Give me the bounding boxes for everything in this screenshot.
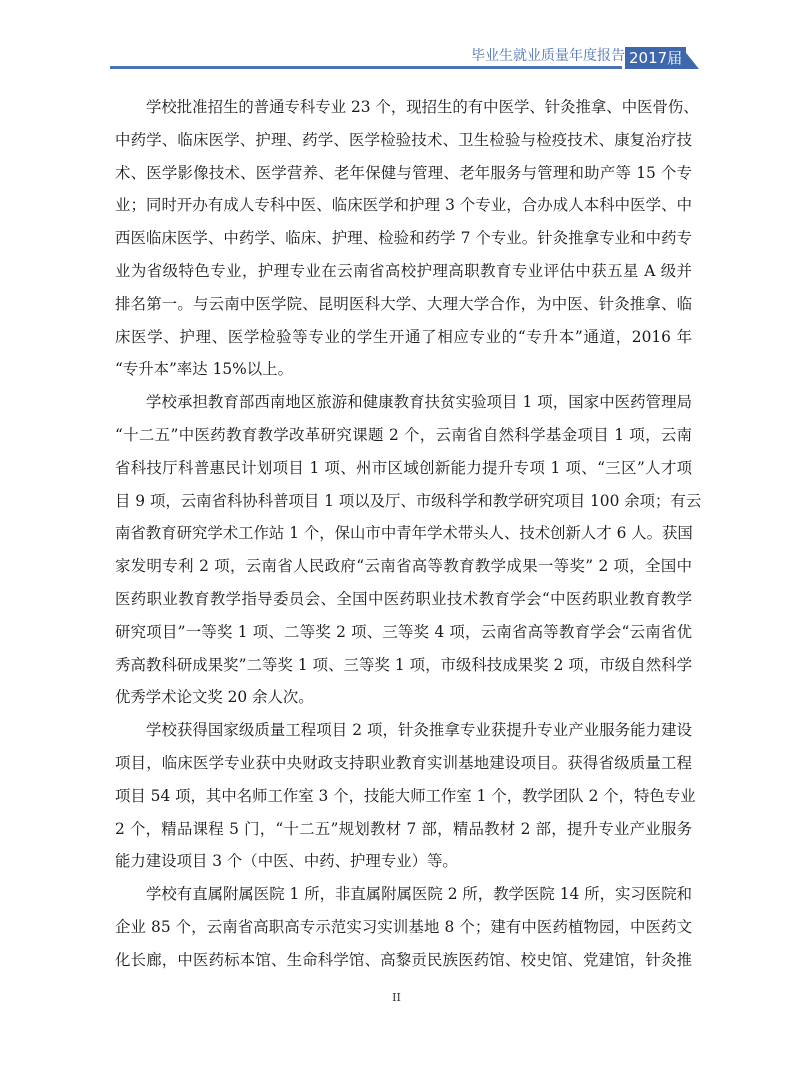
text-line: 化长廊，中医药标本馆、生命科学馆、高黎贡民族医药馆、校史馆、党建馆，针灸推 [115, 944, 692, 977]
text-line: 西医临床医学、中药学、临床、护理、检验和药学 7 个专业。针灸推拿专业和中药专 [115, 222, 692, 255]
text-line: 省科技厅科普惠民计划项目 1 项、州市区域创新能力提升专项 1 项、“三区”人才… [115, 452, 692, 485]
text-line: 学校承担教育部西南地区旅游和健康教育扶贫实验项目 1 项，国家中医药管理局 [115, 386, 692, 419]
text-line: 医药职业教育教学指导委员会、全国中医药职业技术教育学会“中医药职业教育教学 [115, 583, 692, 616]
report-title: 毕业生就业质量年度报告 [471, 47, 625, 65]
text-line: 中药学、临床医学、护理、药学、医学检验技术、卫生检验与检疫技术、康复治疗技 [115, 124, 692, 157]
text-line: 企业 85 个，云南省高职高专示范实习实训基地 8 个；建有中医药植物园，中医药… [115, 911, 692, 944]
text-line: 2 个，精品课程 5 门，“十二五”规划教材 7 部，精品教材 2 部，提升专业… [115, 813, 692, 846]
header-rule [110, 66, 622, 69]
text-line: “十二五”中医药教育教学改革研究课题 2 个，云南省自然科学基金项目 1 项，云… [115, 419, 692, 452]
paragraph-majors: 学校批准招生的普通专科专业 23 个，现招生的有中医学、针灸推拿、中医骨伤、 中… [115, 91, 692, 386]
text-line: 能力建设项目 3 个（中医、中药、护理专业）等。 [115, 845, 692, 878]
text-line: 学校获得国家级质量工程项目 2 项，针灸推拿专业获提升专业产业服务能力建设 [115, 714, 692, 747]
year-badge: 2017届 [625, 47, 686, 69]
text-line: 秀高教科研成果奖”二等奖 1 项、三等奖 1 项，市级科技成果奖 2 项，市级自… [115, 649, 692, 682]
text-line: 业；同时开办有成人专科中医、临床医学和护理 3 个专业，合办成人本科中医学、中 [115, 189, 692, 222]
paragraph-quality-projects: 学校获得国家级质量工程项目 2 项，针灸推拿专业获提升专业产业服务能力建设 项目… [115, 714, 692, 878]
page-header: 毕业生就业质量年度报告 2017届 [0, 0, 793, 80]
text-line: 南省教育研究学术工作站 1 个，保山市中青年学术带头人、技术创新人才 6 人。获… [115, 517, 692, 550]
page-number: II [0, 991, 793, 1004]
text-line: 业为省级特色专业，护理专业在云南省高校护理高职教育专业评估中获五星 A 级并 [115, 255, 692, 288]
text-line: 家发明专利 2 项，云南省人民政府“云南省高等教育教学成果一等奖” 2 项，全国… [115, 550, 692, 583]
text-line: 研究项目”一等奖 1 项、二等奖 2 项、三等奖 4 项，云南省高等教育学会“云… [115, 616, 692, 649]
text-line: 床医学、护理、医学检验等专业的学生开通了相应专业的“专升本”通道，2016 年 [115, 321, 692, 354]
body-text: 学校批准招生的普通专科专业 23 个，现招生的有中医学、针灸推拿、中医骨伤、 中… [115, 91, 692, 977]
paragraph-research: 学校承担教育部西南地区旅游和健康教育扶贫实验项目 1 项，国家中医药管理局 “十… [115, 386, 692, 714]
text-line: 排名第一。与云南中医学院、昆明医科大学、大理大学合作，为中医、针灸推拿、临 [115, 288, 692, 321]
text-line: 术、医学影像技术、医学营养、老年保健与管理、老年服务与管理和助产等 15 个专 [115, 157, 692, 190]
text-line: 优秀学术论文奖 20 余人次。 [115, 681, 692, 714]
text-line: 目 9 项，云南省科协科普项目 1 项以及厅、市级科学和教学研究项目 100 余… [115, 485, 692, 518]
text-line: 学校批准招生的普通专科专业 23 个，现招生的有中医学、针灸推拿、中医骨伤、 [115, 91, 692, 124]
text-line: 项目，临床医学专业获中央财政支持职业教育实训基地建设项目。获得省级质量工程 [115, 747, 692, 780]
text-line: “专升本”率达 15%以上。 [115, 353, 692, 386]
text-line: 项目 54 项，其中名师工作室 3 个，技能大师工作室 1 个，教学团队 2 个… [115, 780, 692, 813]
paragraph-hospitals: 学校有直属附属医院 1 所，非直属附属医院 2 所，教学医院 14 所，实习医院… [115, 878, 692, 976]
header-corner-triangle-icon [683, 49, 699, 69]
text-line: 学校有直属附属医院 1 所，非直属附属医院 2 所，教学医院 14 所，实习医院… [115, 878, 692, 911]
